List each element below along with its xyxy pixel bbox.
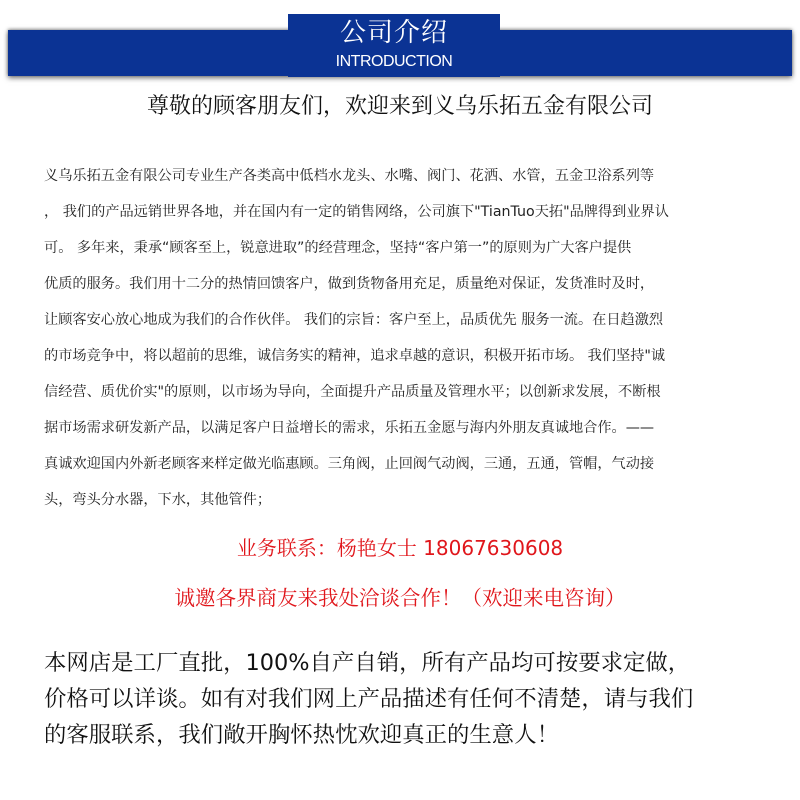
company-intro-paragraph: 义乌乐拓五金有限公司专业生产各类高中低档水龙头、水嘴、阀门、花洒、水管，五金卫浴… <box>44 158 768 518</box>
notice-line: 的客服联系，我们敞开胸怀热忱欢迎真正的生意人！ <box>44 717 784 753</box>
contact-info: 业务联系：杨艳女士 18067630608 <box>0 534 800 562</box>
intro-line: 义乌乐拓五金有限公司专业生产各类高中低档水龙头、水嘴、阀门、花洒、水管，五金卫浴… <box>44 158 768 194</box>
intro-line: 让顾客安心放心地成为我们的合作伙伴。 我们的宗旨：客户至上，品质优先 服务一流。… <box>44 302 768 338</box>
intro-line: 可。 多年来，秉承“顾客至上，锐意进取”的经营理念，坚持“客户第一”的原则为广大… <box>44 230 768 266</box>
intro-line: ， 我们的产品远销世界各地，并在国内有一定的销售网络，公司旗下"TianTuo天… <box>44 194 768 230</box>
notice-line: 本网店是工厂直批，100%自产自销，所有产品均可按要求定做， <box>44 645 784 681</box>
greeting-heading: 尊敬的顾客朋友们，欢迎来到义乌乐拓五金有限公司 <box>0 92 800 122</box>
intro-line: 真诚欢迎国内外新老顾客来样定做光临惠顾。三角阀，止回阀气动阀，三通，五通，管帽，… <box>44 446 768 482</box>
intro-line: 头，弯头分水器，下水，其他管件； <box>44 482 768 518</box>
intro-line: 优质的服务。我们用十二分的热情回馈客户，做到货物备用充足，质量绝对保证，发货准时… <box>44 266 768 302</box>
invitation-text: 诚邀各界商友来我处洽谈合作！（欢迎来电咨询） <box>0 584 800 612</box>
intro-line: 据市场需求研发新产品，以满足客户日益增长的需求，乐拓五金愿与海内外朋友真诚地合作… <box>44 410 768 446</box>
section-subtitle: INTRODUCTION <box>288 52 500 72</box>
store-notice: 本网店是工厂直批，100%自产自销，所有产品均可按要求定做， 价格可以详谈。如有… <box>44 645 784 753</box>
intro-line: 的市场竞争中，将以超前的思维，诚信务实的精神，追求卓越的意识，积极开拓市场。 我… <box>44 338 768 374</box>
notice-line: 价格可以详谈。如有对我们网上产品描述有任何不清楚，请与我们 <box>44 681 784 717</box>
section-header: 公司介绍 INTRODUCTION <box>288 14 500 77</box>
intro-line: 信经营、质优价实"的原则，以市场为导向，全面提升产品质量及管理水平；以创新求发展… <box>44 374 768 410</box>
section-title: 公司介绍 <box>288 18 500 48</box>
